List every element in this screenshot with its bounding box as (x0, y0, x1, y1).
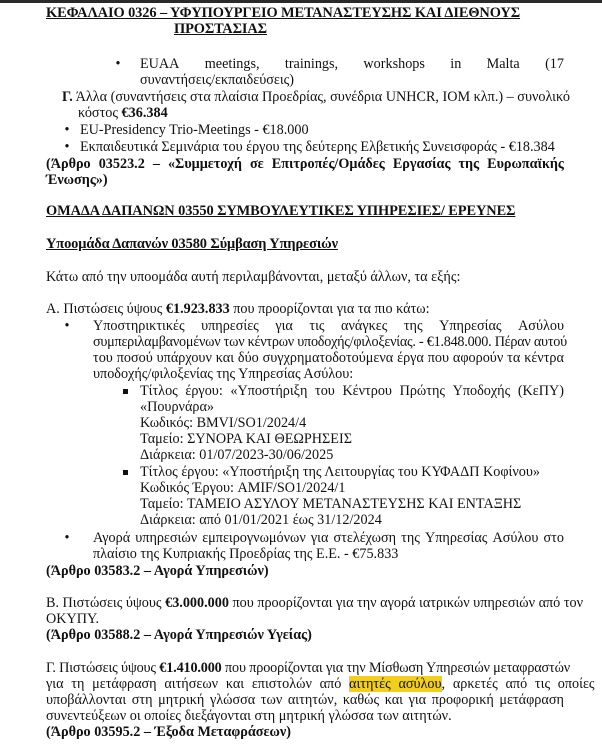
section-text: Άλλα (συναντήσεις στα πλαίσια Προεδρίας,… (76, 89, 570, 105)
word: των (261, 692, 282, 708)
project1-code: Κωδικός: BMVI/SO1/2024/4 (140, 415, 306, 431)
word: υπηρεσίες (201, 318, 259, 334)
bullet-icon (62, 139, 72, 155)
word: meetings, (205, 56, 260, 72)
euaa-bullet-line2: συναντήσεις/εκπαιδεύσεις) (140, 72, 294, 88)
chapter-title-line1: ΚΕΦΑΛΑΙΟ 0326 – ΥΦΥΠΟΥΡΓΕΙΟ ΜΕΤΑΝΑΣΤΕΥΣΗ… (46, 5, 546, 21)
section-g-prefix: Γ. Πιστώσεις ύψους (46, 660, 159, 676)
article-03583: (Άρθρο 03583.2 – Αγορά Υπηρεσιών) (46, 563, 269, 579)
word: της (401, 530, 420, 546)
bullet-icon (62, 122, 72, 138)
section-b-line2: ΟΚΥΠΥ. (46, 611, 99, 627)
word: (ΚεΠΥ) (518, 383, 564, 399)
word: μετάφραση (499, 692, 563, 708)
word: (17 (545, 56, 564, 72)
section-g-translation-line1: Γ. Πιστώσεις ύψους €1.410.000 που προορί… (46, 660, 570, 676)
word: αφορούν (453, 350, 503, 366)
word: στο (544, 530, 564, 546)
support-services-line3: τουποσούυπάρχουνκαιδύοσυγχρηματοδοτούμεν… (93, 350, 564, 366)
word: trainings, (285, 56, 338, 72)
document-page: ΚΕΦΑΛΑΙΟ 0326 – ΥΦΥΠΟΥΡΓΕΙΟ ΜΕΤΑΝΑΣΤΕΥΣΗ… (0, 0, 602, 752)
word: Υπηρεσίας (439, 318, 501, 334)
chapter-title-line2: ΠΡΟΣΤΑΣΙΑΣ (174, 21, 267, 37)
project1-fund: Ταμείο: ΣΥΝΟΡΑ ΚΑΙ ΘΕΩΡΗΣΕΙΣ (140, 431, 352, 447)
word: στελέχωση (334, 530, 397, 546)
expert-services-line1: Αγοράυπηρεσιώνεμπειρογνωμόνωνγιαστελέχωσ… (93, 530, 564, 546)
square-bullet-icon (123, 389, 128, 394)
word: δύο (238, 350, 259, 366)
section-a-amount: €1.923.833 (166, 301, 230, 317)
word: Αγορά (93, 530, 130, 546)
word: in (450, 56, 461, 72)
section-a-suffix: που προορίζονται για τα πιο κάτω: (230, 301, 430, 317)
project2-code: Κωδικός Έργου: AMIF/SO1/2024/1 (140, 480, 345, 496)
word: Εργασίας (393, 156, 451, 172)
word: και (216, 350, 234, 366)
word: υπηρεσιών (135, 530, 197, 546)
bullet-icon (113, 56, 123, 72)
word: καθώς (343, 692, 379, 708)
word: για (311, 530, 329, 546)
section-a-prefix: Α. Πιστώσεις ύψους (46, 301, 166, 317)
cost-label: κόστος (78, 105, 122, 121)
project2-fund: Ταμείο: ΤΑΜΕΙΟ ΑΣΥΛΟΥ ΜΕΤΑΝΑΣΤΕΥΣΗΣ ΚΑΙ … (140, 496, 521, 512)
word: Υποστηρικτικές (93, 318, 185, 334)
intro-text: Κάτω από την υποομάδα αυτή περιλαμβάνοντ… (46, 269, 460, 285)
word: μητρική (158, 692, 204, 708)
word: Malta (487, 56, 520, 72)
project1-title-line1: Τίτλοςέργου:«ΥποστήριξητουΚέντρουΠρώτηςΥ… (140, 383, 564, 399)
support-services-line2: συμπεριλαμβανομένων των κέντρων υποδοχής… (93, 334, 564, 350)
word: που (428, 350, 449, 366)
support-services-line1: ΥποστηρικτικέςυπηρεσίεςγιατιςανάγκεςτηςΥ… (93, 318, 564, 334)
word: της (404, 318, 423, 334)
section-label: Γ. (62, 89, 73, 105)
cost-amount: €36.384 (122, 105, 168, 121)
word: για (409, 692, 427, 708)
word: Πρώτης (400, 383, 445, 399)
word: υποβάλλονται (46, 692, 126, 708)
word: EUAA (140, 56, 179, 72)
highlighted-asylum-seekers: αιτητές ασύλου (349, 676, 442, 692)
word: Ευρωπαϊκής (487, 156, 564, 172)
section-g-other-line1: Γ. Άλλα (συναντήσεις στα πλαίσια Προεδρί… (62, 89, 570, 105)
word: για (275, 318, 293, 334)
support-services-line4: υποδοχής/φιλοξενίας της Υπηρεσίας Ασύλου… (93, 366, 353, 382)
word: προφορική (432, 692, 494, 708)
word: Επιτροπές/Ομάδες (272, 156, 385, 172)
word: έργα (397, 350, 424, 366)
word: Τίτλος (140, 383, 178, 399)
word: και (385, 692, 403, 708)
word: Υπηρεσίας (425, 530, 487, 546)
expense-group-title: ΟΜΑΔΑ ΔΑΠΑΝΩΝ 03550 ΣΥΜΒΟΥΛΕΥΤΙΚΕΣ ΥΠΗΡΕ… (46, 203, 515, 219)
section-g-suffix: που προορίζονται για την Μίσθωση Υπηρεσι… (222, 660, 570, 676)
word: workshops (363, 56, 424, 72)
word: της (458, 156, 479, 172)
swiss-seminars-item: Εκπαιδευτικά Σεμινάρια του έργου της δεύ… (80, 139, 555, 155)
bullet-icon (62, 318, 72, 334)
section-g-other-line2: κόστος €36.384 (78, 105, 168, 121)
word: 03523.2 (99, 156, 145, 172)
section-g-amount: €1.410.000 (159, 660, 221, 676)
project2-duration: Διάρκεια: από 01/01/2021 έως 31/12/2024 (140, 512, 382, 528)
word: υπάρχουν (157, 350, 212, 366)
trio-meetings-item: EU-Presidency Trio-Meetings - €18.000 (80, 122, 309, 138)
square-bullet-icon (123, 470, 128, 475)
word: σε (250, 156, 264, 172)
word: του (93, 350, 113, 366)
euaa-bullet-line1: EUAA meetings, trainings, workshops in M… (140, 56, 564, 72)
article-03595: (Άρθρο 03595.2 – Έξοδα Μεταφράσεων) (46, 724, 291, 740)
section-b-amount: €3.000.000 (165, 595, 229, 611)
expense-subgroup-title: Υποομάδα Δαπανών 03580 Σύμβαση Υπηρεσιών (46, 236, 338, 252)
word: Υποδοχής (453, 383, 511, 399)
project1-duration: Διάρκεια: 01/07/2023-30/06/2025 (140, 447, 333, 463)
word: (Άρθρο (46, 156, 91, 172)
project1-title-line2: «Πουρνάρα» (140, 399, 214, 415)
section-g-translation-line4: συνεντεύξεων οι οποίες διεξάγονται στη μ… (46, 708, 452, 724)
section-b-line1: Β. Πιστώσεις ύψους €3.000.000 που προορί… (46, 595, 583, 611)
article-03523-line2: Ένωσης») (46, 172, 108, 188)
word: γλώσσα (210, 692, 255, 708)
word: τις (309, 318, 324, 334)
section-g-translation-line2: για τη μετάφραση αιτήσεων και επιστολών … (46, 676, 564, 692)
word: εμπειρογνωμόνων (202, 530, 306, 546)
word: ανάγκες (341, 318, 387, 334)
word: «Υποστήριξη (230, 383, 307, 399)
section-a-header: Α. Πιστώσεις ύψους €1.923.833 που προορί… (46, 301, 430, 317)
word: τα (507, 350, 520, 366)
word: του (315, 383, 335, 399)
article-03523-line1: (Άρθρο03523.2–«ΣυμμετοχήσεΕπιτροπές/Ομάδ… (46, 156, 564, 172)
word: συγχρηματοδοτούμενα (263, 350, 394, 366)
word: κέντρα (524, 350, 564, 366)
expert-services-line2: πλαίσιο της Κυπριακής Προεδρίας της Ε.Ε.… (93, 546, 398, 562)
word: Κέντρου (342, 383, 392, 399)
section-b-prefix: Β. Πιστώσεις ύψους (46, 595, 165, 611)
word: Ασύλου (518, 318, 564, 334)
text: για τη μετάφραση αιτήσεων και επιστολών … (46, 676, 349, 692)
text: , αρκετές από τις οποίες (442, 676, 595, 692)
article-03588: (Άρθρο 03588.2 – Αγορά Υπηρεσιών Υγείας) (46, 627, 312, 643)
word: στη (132, 692, 153, 708)
bullet-icon (62, 530, 72, 546)
word: Ασύλου (492, 530, 538, 546)
section-b-suffix: που προορίζονται για την αγορά ιατρικών … (229, 595, 583, 611)
word: αιτητών, (288, 692, 337, 708)
section-g-translation-line3: υποβάλλονταιστημητρικήγλώσσατωναιτητών,κ… (46, 692, 564, 708)
word: «Συμμετοχή (168, 156, 242, 172)
word: – (153, 156, 160, 172)
word: έργου: (185, 383, 222, 399)
word: ποσού (117, 350, 153, 366)
project2-title: Τίτλος έργου: «Υποστήριξη της Λειτουργία… (140, 464, 540, 480)
